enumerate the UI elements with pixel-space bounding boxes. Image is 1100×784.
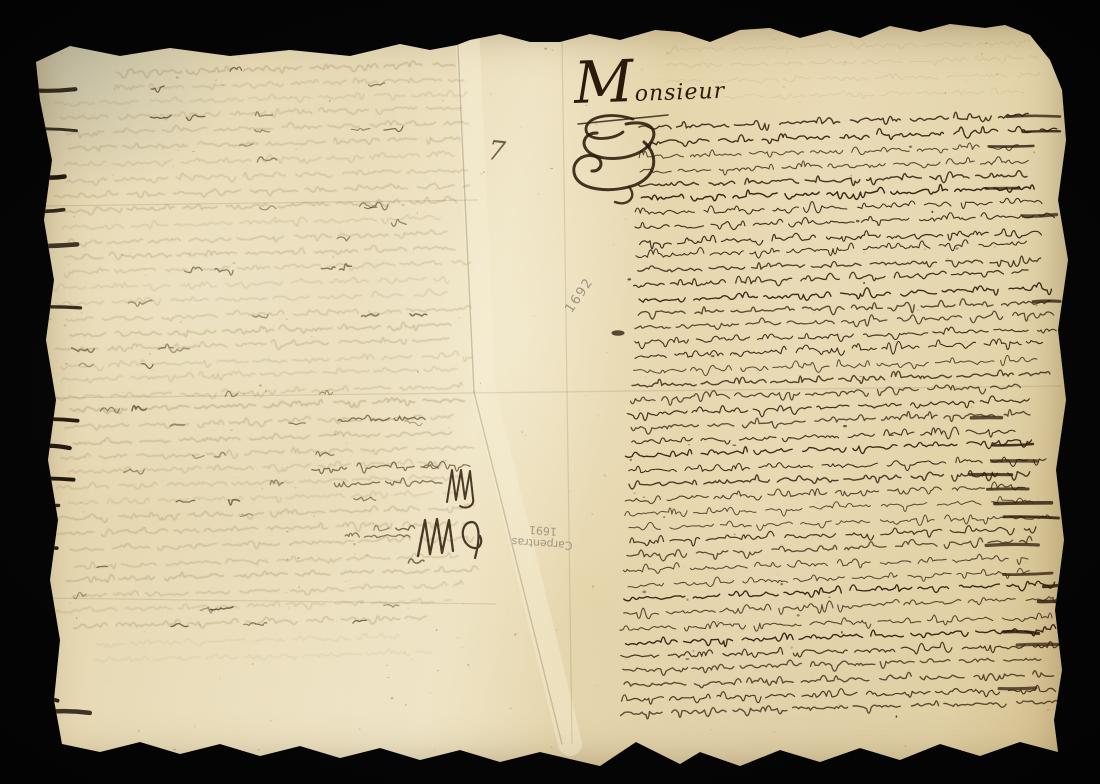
handwriting-layer — [26, 20, 1076, 775]
photo-background: Monsieur 7 1692 Carpentras 1691 — [0, 0, 1100, 784]
letter-salutation: Monsieur — [573, 57, 745, 109]
pencil-archive-note: Carpentras 1691 — [511, 522, 574, 552]
manuscript-sheet: Monsieur 7 1692 Carpentras 1691 — [26, 20, 1076, 775]
